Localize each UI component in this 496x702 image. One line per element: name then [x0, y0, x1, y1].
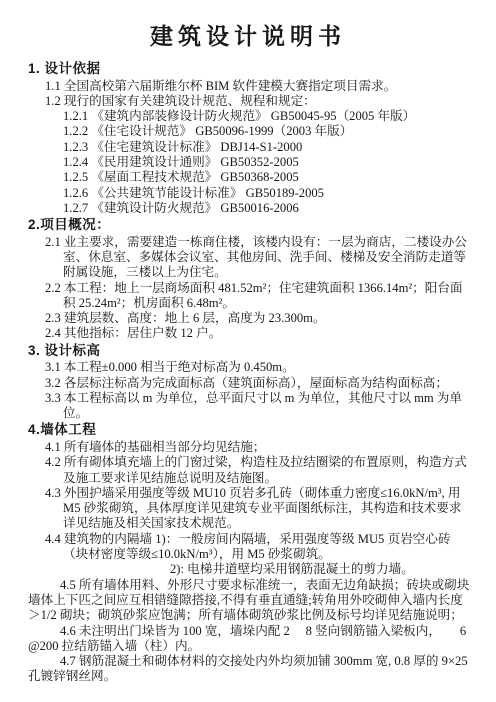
paragraph-3-1: 3.1 本工程±0.000 相当于绝对标高为 0.450m。 [0, 360, 496, 375]
paragraph-4-4-sub-2: 2): 电梯井道壁均采用钢筋混凝土的剪力墙。 [0, 562, 496, 577]
paragraph-2-2: 2.2 本工程：地上一层商场面积 481.52m²；住宅建筑面积 1366.14… [0, 281, 496, 312]
paragraph-2-1: 2.1 业主要求，需要建造一栋商住楼，该楼内设有：一层为商店，二楼设办公室、休息… [0, 235, 496, 281]
paragraph-1-2-5: 1.2.5 《屋面工程技术规范》 GB50368-2005 [0, 170, 496, 185]
paragraph-4-1: 4.1 所有墙体的基础相当部分均见结施； [0, 440, 496, 455]
document-title: 建筑设计说明书 [0, 22, 496, 52]
paragraph-2-3: 2.3 建筑层数、高度：地上 6 层，高度为 23.300m。 [0, 311, 496, 326]
section-heading-project-overview: 2.项目概况： [28, 217, 496, 234]
paragraph-4-2: 4.2 所有砌体填充墙上的门窗过梁，构造柱及拉结圈梁的布置原则，构造方式及施工要… [0, 455, 496, 486]
paragraph-4-3: 4.3 外围护墙采用强度等级 MU10 页岩多孔砖（砌体重力密度≤16.0kN/… [0, 486, 496, 532]
paragraph-1-2-1: 1.2.1 《建筑内部装修设计防火规范》 GB50045-95（2005 年版） [0, 109, 496, 124]
paragraph-3-2: 3.2 各层标注标高为完成面标高（建筑面标高），屋面标高为结构面标高； [0, 376, 496, 391]
paragraph-1-2-6: 1.2.6 《公共建筑节能设计标准》 GB50189-2005 [0, 186, 496, 201]
section-heading-design-basis: 1. 设计依据 [28, 61, 496, 78]
section-heading-wall-works: 4.墙体工程 [28, 422, 496, 439]
paragraph-4-6: 4.6 未注明出门垛皆为 100 宽，墙垛内配 2 8 竖向钢筋锚入梁板内， 6… [0, 624, 496, 655]
paragraph-1-2-4: 1.2.4 《民用建筑设计通则》 GB50352-2005 [0, 155, 496, 170]
paragraph-1-2: 1.2 现行的国家有关建筑设计规范、规程和规定： [0, 94, 496, 109]
paragraph-4-5: 4.5 所有墙体用料、外形尺寸要求标准统一，表面无边角缺损；砖块或砌块墙体上下匹… [0, 578, 496, 624]
paragraph-4-7: 4.7 钢筋混凝土和砌体材料的交接处内外均须加铺 300mm 宽, 0.8 厚的… [0, 654, 496, 685]
paragraph-2-4: 2.4 其他指标：居住户数 12 户。 [0, 326, 496, 341]
document-page: 建筑设计说明书 1. 设计依据 1.1 全国高校第六届斯维尔杯 BIM 软件建模… [0, 0, 496, 702]
paragraph-1-2-7: 1.2.7 《建筑设计防火规范》 GB50016-2006 [0, 201, 496, 216]
paragraph-4-4: 4.4 建筑物的内隔墙 1)：一般房间内隔墙，采用强度等级 MU5 页岩空心砖（… [0, 532, 496, 563]
paragraph-3-3: 3.3 本工程标高以 m 为单位，总平面尺寸以 m 为单位，其他尺寸以 mm 为… [0, 391, 496, 422]
paragraph-1-1: 1.1 全国高校第六届斯维尔杯 BIM 软件建模大赛指定项目需求。 [0, 79, 496, 94]
paragraph-1-2-2: 1.2.2 《住宅设计规范》 GB50096-1999（2003 年版） [0, 124, 496, 139]
paragraph-1-2-3: 1.2.3 《住宅建筑设计标准》 DBJ14-S1-2000 [0, 140, 496, 155]
section-heading-design-elevation: 3. 设计标高 [28, 343, 496, 360]
